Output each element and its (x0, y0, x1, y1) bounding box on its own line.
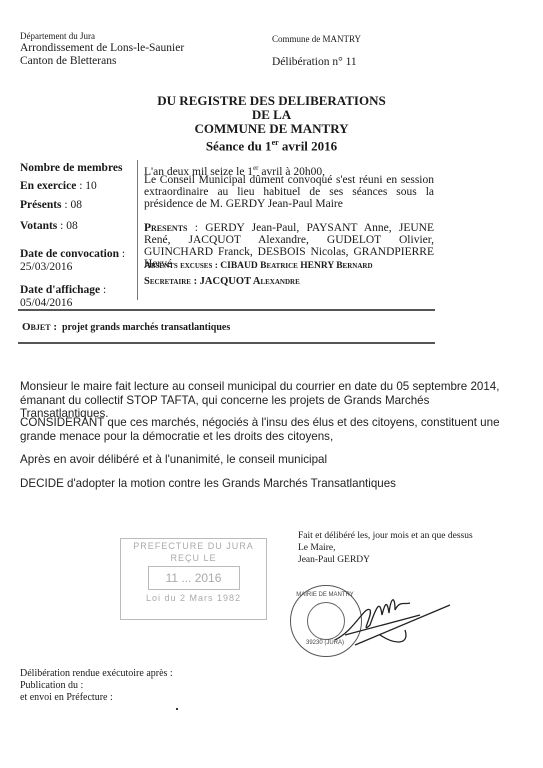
footer-prefecture: et envoi en Préfecture : (20, 692, 173, 704)
session-text: Le Conseil Municipal dûment convoqué s'e… (144, 174, 434, 210)
arrondissement: Arrondissement de Lons-le-Saunier (20, 42, 184, 55)
column-divider (137, 160, 138, 300)
prefecture-stamp: PREFECTURE DU JURA REÇU LE 11 ... 2016 L… (120, 538, 267, 620)
divider-top (18, 309, 435, 311)
title-line-3: COMMUNE DE MANTRY (0, 122, 543, 136)
deliberation-number: Délibération n° 11 (272, 56, 357, 68)
session-absents: Absents excuses : CIBAUD Beatrice HENRY … (144, 260, 434, 272)
stamp-line-3: Loi du 2 Mars 1982 (121, 593, 266, 603)
footer-publication: Publication du : (20, 680, 173, 692)
seance-sup: er (272, 138, 279, 147)
paragraph-considerant: CONSIDERANT que ces marchés, négociés à … (20, 416, 520, 443)
signature-line-2: Le Maire, (298, 542, 473, 554)
objet: Objet : projet grands marchés transatlan… (22, 321, 230, 333)
stamp-line-2: REÇU LE (121, 553, 266, 563)
seance-prefix: Séance du 1 (206, 138, 272, 153)
header-left: Département du Jura Arrondissement de Lo… (20, 31, 184, 68)
seance-suffix: avril 2016 (279, 138, 338, 153)
stamp-line-1: PREFECTURE DU JURA (121, 541, 266, 551)
paragraph-decide: DECIDE d'adopter la motion contre les Gr… (20, 477, 520, 491)
commune: Commune de MANTRY (272, 34, 361, 44)
paragraph-deliberation: Après en avoir délibéré et à l'unanimité… (20, 453, 520, 467)
members-label: Nombre de membres (20, 162, 122, 175)
signature-line-1: Fait et délibéré les, jour mois et an qu… (298, 530, 473, 542)
date-convocation: Date de convocation : 25/03/2016 (20, 248, 125, 274)
title-line-1: DU REGISTRE DES DELIBERATIONS (0, 94, 543, 108)
document-title: DU REGISTRE DES DELIBERATIONS DE LA COMM… (0, 94, 543, 153)
stamp-date: 11 ... 2016 (148, 566, 240, 590)
title-line-2: DE LA (0, 108, 543, 122)
members-en-exercice: En exercice : 10 (20, 180, 97, 193)
members-presents: Présents : 08 (20, 199, 82, 212)
departement: Département du Jura (20, 31, 184, 42)
date-affichage: Date d'affichage : 05/04/2016 (20, 284, 106, 310)
footer-executoire: Délibération rendue exécutoire après : (20, 668, 173, 680)
footer: Délibération rendue exécutoire après : P… (20, 668, 173, 704)
speck (176, 708, 178, 710)
seance-date: Séance du 1er avril 2016 (0, 136, 543, 153)
signature-block: Fait et délibéré les, jour mois et an qu… (298, 530, 473, 566)
session-secretaire: Secretaire : JACQUOT Alexandre (144, 276, 434, 288)
canton: Canton de Bletterans (20, 55, 184, 68)
members-votants: Votants : 08 (20, 220, 78, 233)
paragraph-lecture: Monsieur le maire fait lecture au consei… (20, 380, 520, 421)
signature-line-3: Jean-Paul GERDY (298, 554, 473, 566)
signature-icon (325, 585, 455, 655)
divider-bottom (18, 342, 435, 344)
